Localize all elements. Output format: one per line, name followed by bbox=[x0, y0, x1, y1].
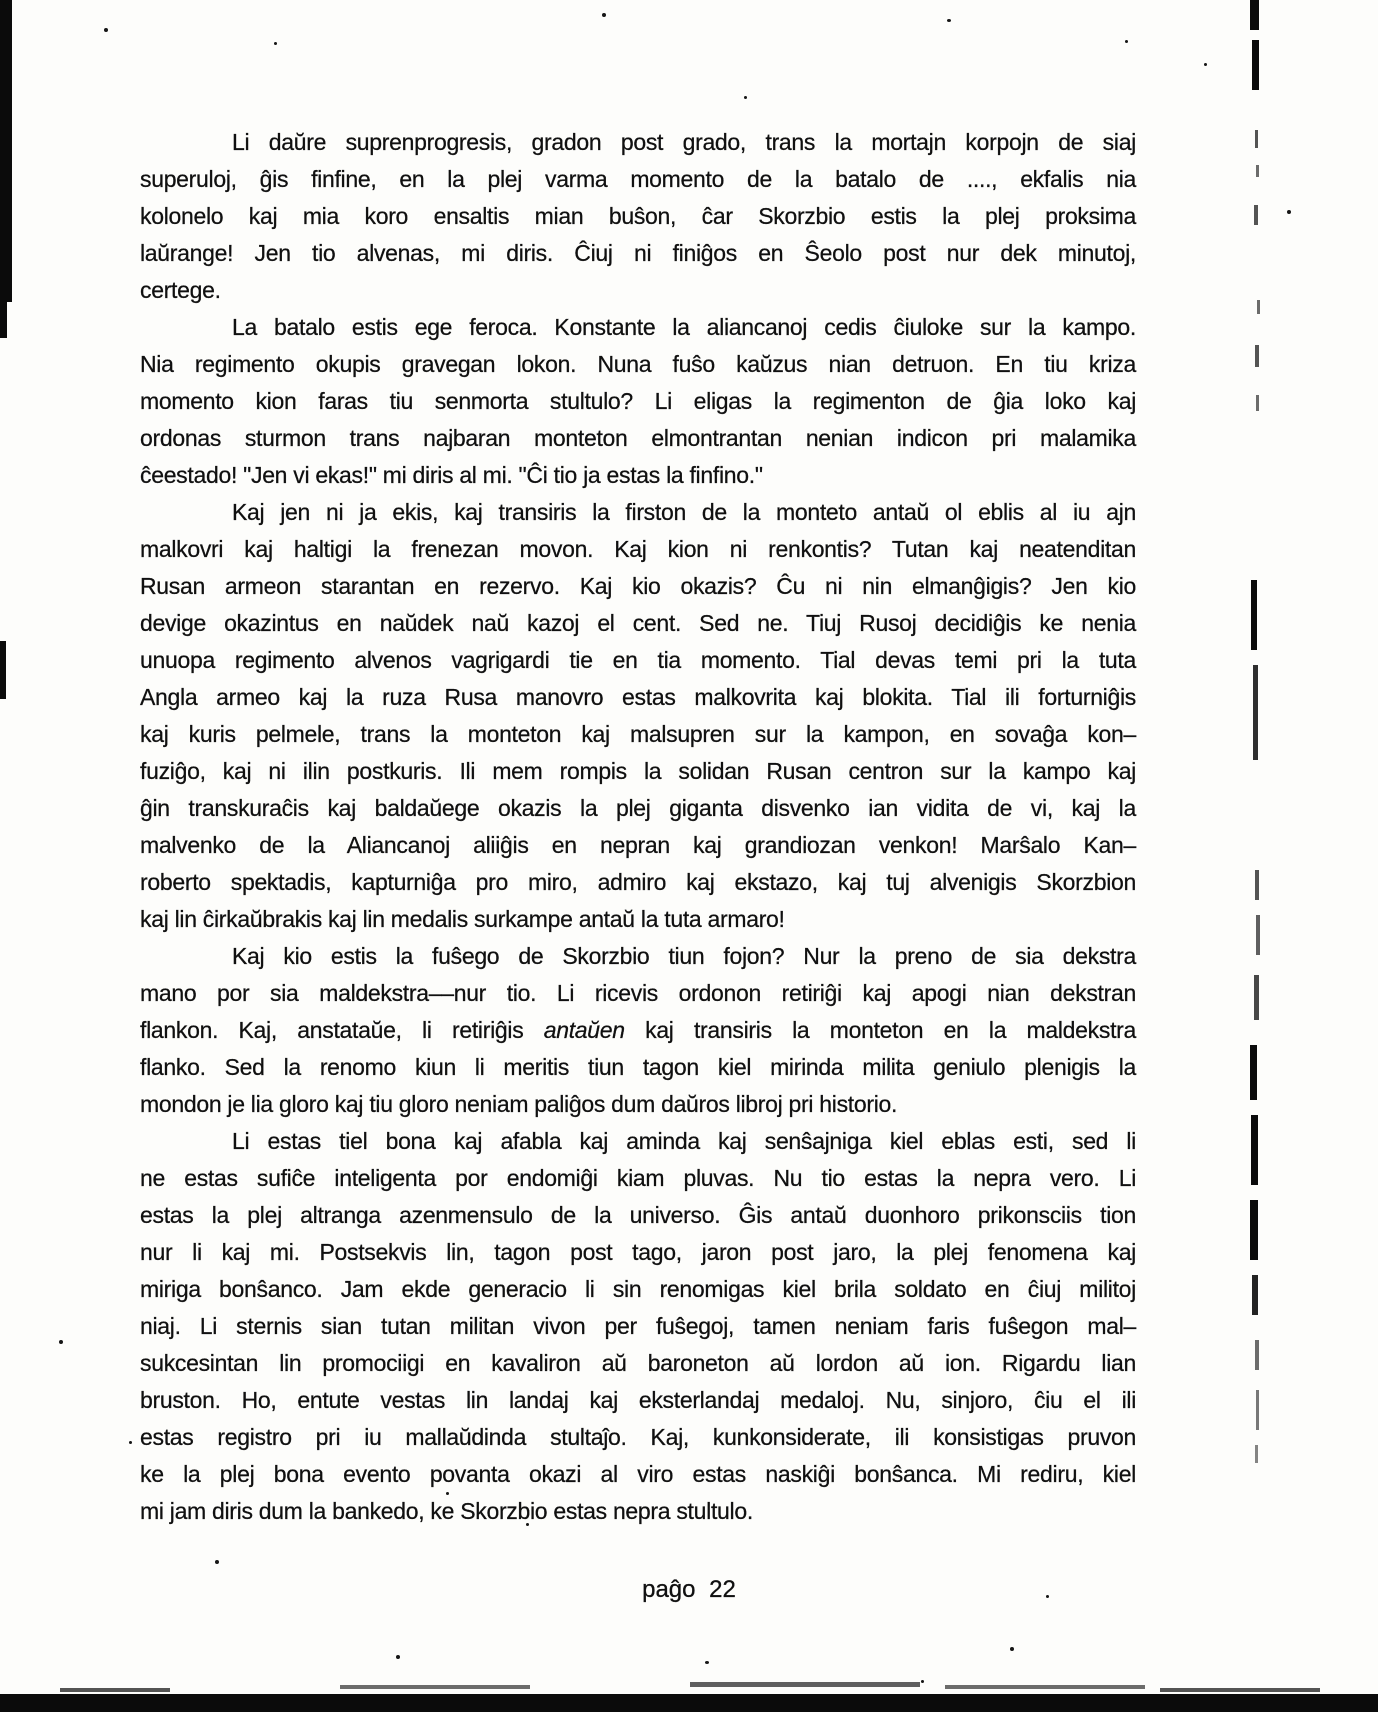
scan-speck bbox=[602, 13, 606, 17]
paragraph: La batalo estis ege feroca. Konstante la… bbox=[140, 309, 1136, 494]
text-line: ordonas sturmon trans najbaran monteton … bbox=[140, 420, 1136, 457]
text-line: Kaj jen ni ja ekis, kaj transiris la fir… bbox=[140, 494, 1136, 531]
scan-artifact-right-dash bbox=[1257, 300, 1260, 314]
text-line: mondon je lia gloro kaj tiu gloro neniam… bbox=[140, 1086, 1136, 1123]
text-line: momento kion faras tiu senmorta stultulo… bbox=[140, 383, 1136, 420]
scan-speck bbox=[1125, 40, 1128, 43]
text-line: malvenko de la Aliancanoj aliiĝis en nep… bbox=[140, 827, 1136, 864]
text-line: Angla armeo kaj la ruza Rusa manovro est… bbox=[140, 679, 1136, 716]
text-line: ĉeestado! "Jen vi ekas!" mi diris al mi.… bbox=[140, 457, 1136, 494]
paragraph: Li estas tiel bona kaj afabla kaj aminda… bbox=[140, 1123, 1136, 1530]
scan-artifact-bottom-dash bbox=[1160, 1688, 1320, 1692]
text-line: miriga bonŝanco. Jam ekde generacio li s… bbox=[140, 1271, 1136, 1308]
scan-artifact-bottom-dash bbox=[945, 1685, 1145, 1689]
paragraph: Kaj jen ni ja ekis, kaj transiris la fir… bbox=[140, 494, 1136, 938]
text-line: mano por sia maldekstra––nur tio. Li ric… bbox=[140, 975, 1136, 1012]
scan-artifact-left-mark bbox=[0, 641, 6, 699]
text-line: devige okazintus en naŭdek naŭ kazoj el … bbox=[140, 605, 1136, 642]
paragraph: Kaj kio estis la fuŝego de Skorzbio tiun… bbox=[140, 938, 1136, 1123]
scan-artifact-right-dash bbox=[1255, 1340, 1259, 1370]
text-line: Nia regimento okupis gravegan lokon. Nun… bbox=[140, 346, 1136, 383]
scan-speck bbox=[104, 28, 108, 32]
scan-artifact-bottom-dash bbox=[60, 1688, 170, 1692]
scan-speck bbox=[396, 1655, 400, 1659]
text-line: sukcesintan lin promociigi en kavaliron … bbox=[140, 1345, 1136, 1382]
scan-speck bbox=[705, 1661, 709, 1664]
italic-text: antaŭen bbox=[544, 1017, 625, 1043]
scan-speck bbox=[274, 42, 277, 45]
scan-artifact-right-dash bbox=[1250, 1045, 1257, 1100]
scan-speck bbox=[1204, 63, 1207, 66]
scanned-page: Li daŭre suprenprogresis, gradon post gr… bbox=[0, 0, 1378, 1712]
scan-speck bbox=[1010, 1647, 1014, 1651]
text-line: kaj kuris pelmele, trans la monteton kaj… bbox=[140, 716, 1136, 753]
scan-artifact-left-bar bbox=[0, 0, 12, 302]
text-line: ĝin transkuraĉis kaj baldaŭege okazis la… bbox=[140, 790, 1136, 827]
text-line: kaj lin ĉirkaŭbrakis kaj lin medalis sur… bbox=[140, 901, 1136, 938]
text-line: kolonelo kaj mia koro ensaltis mian buŝo… bbox=[140, 198, 1136, 235]
text-line: unuopa regimento alvenos vagrigardi tie … bbox=[140, 642, 1136, 679]
scan-artifact-right-dash bbox=[1251, 1115, 1258, 1185]
scan-artifact-right-dash bbox=[1252, 1275, 1258, 1315]
text-line: La batalo estis ege feroca. Konstante la… bbox=[140, 309, 1136, 346]
text-line: flanko. Sed la renomo kiun li meritis ti… bbox=[140, 1049, 1136, 1086]
scan-artifact-right-dash bbox=[1250, 0, 1259, 30]
text-line: Li daŭre suprenprogresis, gradon post gr… bbox=[140, 124, 1136, 161]
scan-speck bbox=[215, 1560, 219, 1564]
scan-speck bbox=[59, 1340, 63, 1344]
scan-artifact-right-dash bbox=[1252, 40, 1259, 90]
text-line: ne estas sufiĉe inteligenta por endomiĝi… bbox=[140, 1160, 1136, 1197]
scan-speck bbox=[947, 19, 951, 22]
text-line: estas la plej altranga azenmensulo de la… bbox=[140, 1197, 1136, 1234]
scan-artifact-right-dash bbox=[1253, 665, 1258, 760]
scan-artifact-right-dash bbox=[1256, 395, 1259, 411]
text-line: Kaj kio estis la fuŝego de Skorzbio tiun… bbox=[140, 938, 1136, 975]
text-line: mi jam diris dum la bankedo, ke Skorzbio… bbox=[140, 1493, 1136, 1530]
scan-artifact-right-dash bbox=[1255, 130, 1258, 148]
text-line: fuziĝo, kaj ni ilin postkuris. Ili mem r… bbox=[140, 753, 1136, 790]
scan-speck bbox=[921, 1680, 924, 1683]
text-line: Li estas tiel bona kaj afabla kaj aminda… bbox=[140, 1123, 1136, 1160]
text-line: superuloj, ĝis finfine, en la plej varma… bbox=[140, 161, 1136, 198]
scan-artifact-right-dash bbox=[1254, 205, 1258, 225]
text-line: nur li kaj mi. Postsekvis lin, tagon pos… bbox=[140, 1234, 1136, 1271]
text-line: ke la plej bona evento povanta okazi al … bbox=[140, 1456, 1136, 1493]
scan-artifact-right-dash bbox=[1251, 580, 1257, 650]
page-number: paĝo 22 bbox=[0, 1576, 1378, 1604]
scan-artifact-right-dash bbox=[1255, 345, 1259, 367]
scan-artifact-right-dash bbox=[1255, 1445, 1258, 1463]
text-line: estas registro pri iu mallaŭdinda stulta… bbox=[140, 1419, 1136, 1456]
scan-artifact-bottom-dash bbox=[340, 1685, 530, 1689]
scan-artifact-left-bar-taper bbox=[0, 302, 7, 338]
scan-artifact-right-dash bbox=[1255, 870, 1259, 900]
text-segment: kaj transiris la monteton en la maldekst… bbox=[625, 1017, 1136, 1043]
text-line: certege. bbox=[140, 272, 1136, 309]
paragraph: Li daŭre suprenprogresis, gradon post gr… bbox=[140, 124, 1136, 309]
text-line: malkovri kaj haltigi la frenezan movon. … bbox=[140, 531, 1136, 568]
text-line: Rusan armeon starantan en rezervo. Kaj k… bbox=[140, 568, 1136, 605]
scan-artifact-right-dash bbox=[1256, 915, 1260, 955]
text-line: bruston. Ho, entute vestas lin landaj ka… bbox=[140, 1382, 1136, 1419]
text-line: roberto spektadis, kapturniĝa pro miro, … bbox=[140, 864, 1136, 901]
scan-artifact-bottom-bar bbox=[0, 1694, 1378, 1712]
text-line: flankon. Kaj, anstataŭe, li retiriĝis an… bbox=[140, 1012, 1136, 1049]
scan-artifact-right-dash bbox=[1256, 1390, 1259, 1430]
text-line: laŭrange! Jen tio alvenas, mi diris. Ĉiu… bbox=[140, 235, 1136, 272]
scan-artifact-bottom-dash bbox=[690, 1682, 920, 1687]
scan-speck bbox=[1287, 210, 1291, 214]
scan-artifact-right-dash bbox=[1254, 975, 1259, 1020]
scan-speck bbox=[129, 1441, 132, 1444]
text-segment: flankon. Kaj, anstataŭe, li retiriĝis bbox=[140, 1017, 544, 1043]
text-line: niaj. Li sternis sian tutan militan vivo… bbox=[140, 1308, 1136, 1345]
body-text: Li daŭre suprenprogresis, gradon post gr… bbox=[140, 124, 1136, 1530]
scan-artifact-right-dash bbox=[1250, 1200, 1258, 1260]
scan-artifact-right-dash bbox=[1256, 165, 1259, 177]
scan-speck bbox=[744, 96, 747, 99]
